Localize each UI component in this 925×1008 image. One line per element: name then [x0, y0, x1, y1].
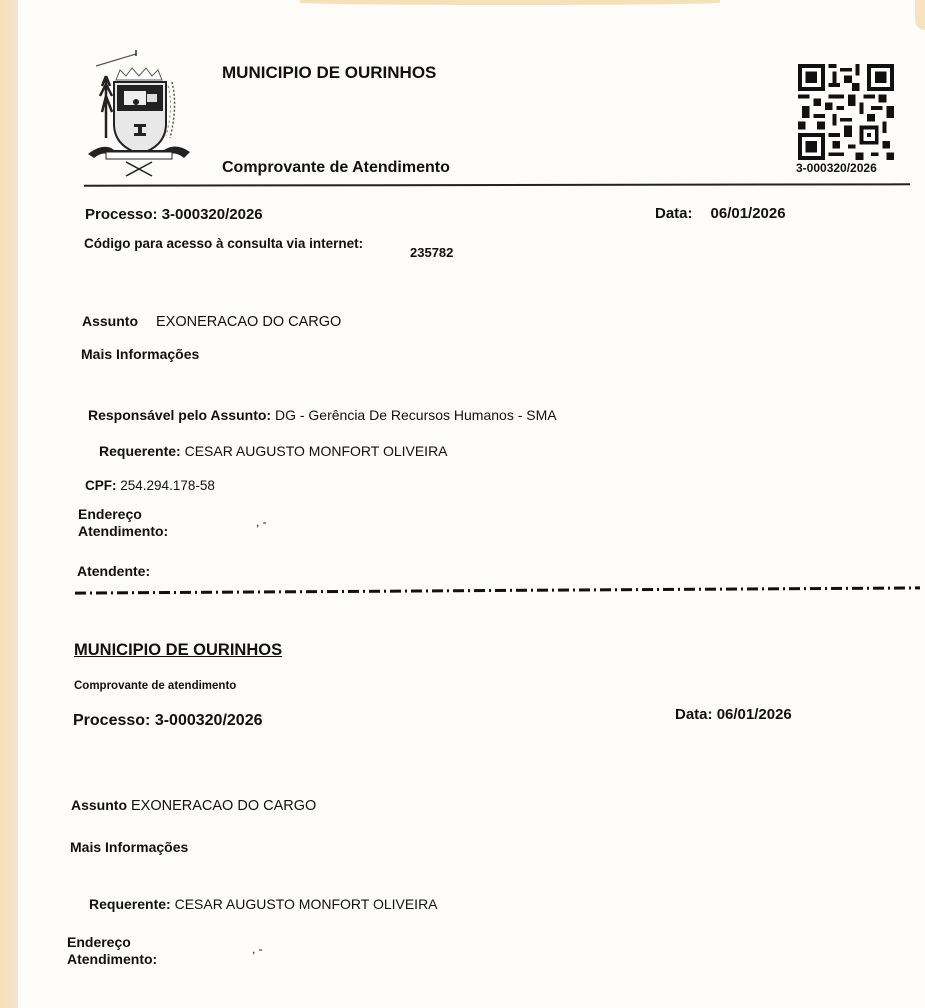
endereco-value-stub: , -	[252, 942, 263, 956]
coat-of-arms-icon	[84, 46, 194, 178]
endereco-label: Endereço Atendimento:	[78, 506, 168, 540]
processo-field: Processo: 3-000320/2026	[85, 206, 263, 223]
data-value: 06/01/2026	[711, 205, 786, 222]
responsavel-label: Responsável pelo Assunto:	[88, 407, 271, 423]
cpf-label: CPF:	[85, 478, 117, 493]
atendente-label: Atendente:	[77, 563, 150, 579]
municipality-title: MUNICIPIO DE OURINHOS	[222, 63, 436, 83]
assunto-field-stub: AssuntoEXONERACAO DO CARGO	[71, 797, 316, 814]
document-title-stub: Comprovante de atendimento	[74, 680, 236, 692]
endereco-label-line1: Endereço	[78, 506, 168, 523]
requerente-value: CESAR AUGUSTO MONFORT OLIVEIRA	[175, 896, 438, 912]
qr-code-icon	[798, 64, 894, 160]
assunto-value: EXONERACAO DO CARGO	[156, 314, 341, 330]
data-field: Data:06/01/2026	[655, 205, 786, 222]
processo-field-stub: Processo: 3-000320/2026	[73, 712, 262, 730]
mais-informacoes-label-stub: Mais Informações	[70, 839, 188, 855]
paper-edge	[0, 0, 18, 1008]
data-value: 06/01/2026	[717, 706, 792, 723]
processo-label: Processo:	[73, 712, 150, 729]
paper-edge	[300, 0, 720, 5]
header-divider	[84, 183, 910, 186]
endereco-value: , -	[256, 515, 267, 529]
municipality-title-stub: MUNICIPIO DE OURINHOS	[74, 641, 282, 660]
document-title: Comprovante de Atendimento	[222, 159, 450, 177]
cpf-value: 254.294.178-58	[120, 478, 215, 493]
assunto-label: Assunto	[82, 313, 138, 329]
processo-label: Processo:	[85, 206, 158, 223]
data-label: Data:	[655, 205, 693, 222]
mais-informacoes-label: Mais Informações	[81, 346, 199, 362]
access-code-value: 235782	[410, 245, 453, 260]
cpf-field: CPF: 254.294.178-58	[85, 478, 215, 493]
requerente-field-stub: Requerente: CESAR AUGUSTO MONFORT OLIVEI…	[89, 896, 438, 912]
endereco-label-line2: Atendimento:	[78, 523, 168, 540]
responsavel-value: DG - Gerência De Recursos Humanos - SMA	[275, 407, 557, 423]
cut-line-divider	[75, 586, 920, 594]
access-code-label: Código para acesso à consulta via intern…	[84, 235, 384, 252]
endereco-label-line2: Atendimento:	[67, 951, 157, 968]
assunto-field: AssuntoEXONERACAO DO CARGO	[82, 313, 341, 330]
data-field-stub: Data: 06/01/2026	[675, 706, 792, 723]
processo-value: 3-000320/2026	[155, 712, 263, 729]
assunto-value: EXONERACAO DO CARGO	[131, 798, 316, 814]
data-label: Data:	[675, 706, 713, 723]
paper-edge	[915, 0, 925, 30]
qr-caption: 3-000320/2026	[796, 161, 877, 175]
endereco-label-line1: Endereço	[67, 934, 157, 951]
requerente-field: Requerente: CESAR AUGUSTO MONFORT OLIVEI…	[99, 443, 448, 459]
responsavel-field: Responsável pelo Assunto: DG - Gerência …	[88, 407, 557, 423]
requerente-value: CESAR AUGUSTO MONFORT OLIVEIRA	[185, 443, 448, 459]
assunto-label: Assunto	[71, 797, 127, 813]
requerente-label: Requerente:	[89, 896, 171, 912]
processo-value: 3-000320/2026	[162, 206, 263, 223]
endereco-label-stub: Endereço Atendimento:	[67, 934, 157, 968]
requerente-label: Requerente:	[99, 443, 181, 459]
